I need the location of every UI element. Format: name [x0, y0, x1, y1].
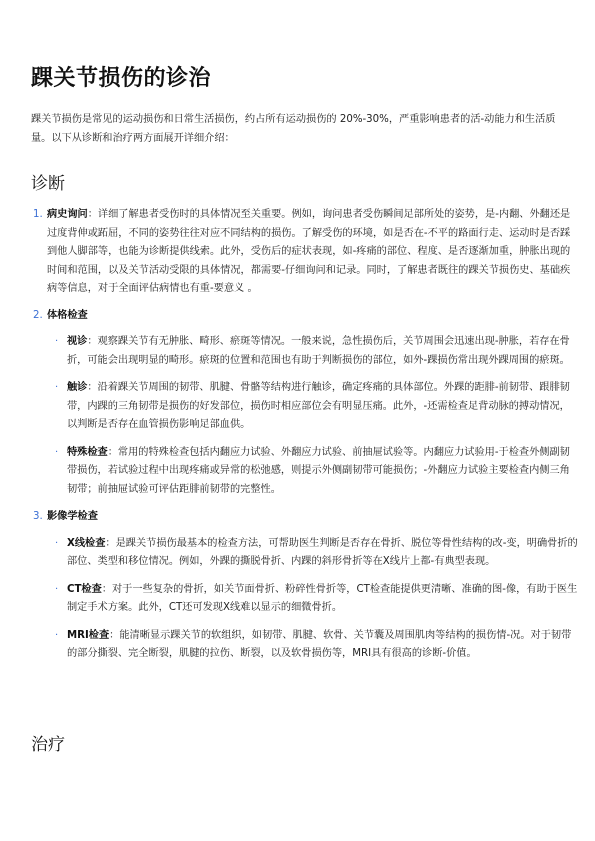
- imaging-bullets: · X线检查：是踝关节损伤最基本的检查方法，可帮助医生判断是否存在骨折、脱位等骨…: [31, 535, 581, 664]
- bullet-item-ct: · CT检查：对于一些复杂的骨折，如关节面骨折、粉碎性骨折等，CT检查能提供更清…: [31, 581, 581, 618]
- list-item-body: ：详细了解患者受伤时的具体情况至关重要。例如，询问患者受伤瞬间足部所处的姿势，是…: [47, 209, 570, 294]
- bullet-icon: ·: [55, 333, 58, 352]
- list-number: 2.: [33, 307, 43, 326]
- bullet-body: ：能清晰显示踝关节的软组织，如韧带、肌腱、软骨、关节囊及周围肌肉等结构的损伤情-…: [67, 630, 571, 660]
- bullet-label: 视诊: [67, 336, 87, 347]
- bullet-label: 特殊检查: [67, 447, 108, 458]
- bullet-text: X线检查：是踝关节损伤最基本的检查方法，可帮助医生判断是否存在骨折、脱位等骨性结…: [67, 535, 579, 572]
- intro-paragraph: 踝关节损伤是常见的运动损伤和日常生活损伤，约占所有运动损伤的 20%-30%，严…: [31, 111, 561, 148]
- bullet-body: ：常用的特殊检查包括内翻应力试验、外翻应力试验、前抽屉试验等。内翻应力试验用-于…: [67, 447, 570, 495]
- document-title: 踝关节损伤的诊治: [31, 64, 211, 94]
- bullet-label: X线检查: [67, 538, 105, 549]
- list-item-physical-exam: 2. 体格检查 · 视诊：观察踝关节有无肿胀、畸形、瘀斑等情况。一般来说，急性损…: [31, 307, 581, 500]
- bullet-text: MRI检查：能清晰显示踝关节的软组织，如韧带、肌腱、软骨、关节囊及周围肌肉等结构…: [67, 627, 579, 664]
- bullet-label: CT检查: [67, 584, 102, 595]
- list-item-title: 体格检查: [47, 310, 88, 321]
- bullet-icon: ·: [55, 535, 58, 554]
- bullet-icon: ·: [55, 627, 58, 646]
- bullet-icon: ·: [55, 581, 58, 600]
- list-item-text: 影像学检查: [47, 508, 579, 527]
- section-heading-treatment: 治疗: [31, 734, 65, 756]
- bullet-icon: ·: [55, 444, 58, 463]
- list-item-imaging: 3. 影像学检查 · X线检查：是踝关节损伤最基本的检查方法，可帮助医生判断是否…: [31, 508, 581, 664]
- bullet-text: 视诊：观察踝关节有无肿胀、畸形、瘀斑等情况。一般来说，急性损伤后，关节周围会迅速…: [67, 333, 579, 370]
- list-item-text: 病史询问：详细了解患者受伤时的具体情况至关重要。例如，询问患者受伤瞬间足部所处的…: [47, 206, 579, 299]
- bullet-text: 特殊检查：常用的特殊检查包括内翻应力试验、外翻应力试验、前抽屉试验等。内翻应力试…: [67, 444, 579, 500]
- physical-exam-bullets: · 视诊：观察踝关节有无肿胀、畸形、瘀斑等情况。一般来说，急性损伤后，关节周围会…: [31, 333, 581, 499]
- list-item-title: 病史询问: [47, 209, 88, 220]
- bullet-body: ：观察踝关节有无肿胀、畸形、瘀斑等情况。一般来说，急性损伤后，关节周围会迅速出现…: [67, 336, 570, 366]
- list-number: 1.: [33, 206, 43, 225]
- bullet-item-palpation: · 触诊：沿着踝关节周围的韧带、肌腱、骨骼等结构进行触诊，确定疼痛的具体部位。外…: [31, 379, 581, 435]
- bullet-item-xray: · X线检查：是踝关节损伤最基本的检查方法，可帮助医生判断是否存在骨折、脱位等骨…: [31, 535, 581, 572]
- bullet-body: ：对于一些复杂的骨折，如关节面骨折、粉碎性骨折等，CT检查能提供更清晰、准确的图…: [67, 584, 577, 614]
- bullet-icon: ·: [55, 379, 58, 398]
- bullet-text: 触诊：沿着踝关节周围的韧带、肌腱、骨骼等结构进行触诊，确定疼痛的具体部位。外踝的…: [67, 379, 579, 435]
- list-item-text: 体格检查: [47, 307, 579, 326]
- bullet-label: 触诊: [67, 382, 87, 393]
- section-heading-diagnosis: 诊断: [31, 173, 65, 195]
- list-number: 3.: [33, 508, 43, 527]
- diagnosis-ordered-list: 1. 病史询问：详细了解患者受伤时的具体情况至关重要。例如，询问患者受伤瞬间足部…: [31, 206, 581, 673]
- bullet-item-special-tests: · 特殊检查：常用的特殊检查包括内翻应力试验、外翻应力试验、前抽屉试验等。内翻应…: [31, 444, 581, 500]
- bullet-label: MRI检查: [67, 630, 109, 641]
- list-item-title: 影像学检查: [47, 511, 98, 522]
- bullet-text: CT检查：对于一些复杂的骨折，如关节面骨折、粉碎性骨折等，CT检查能提供更清晰、…: [67, 581, 579, 618]
- bullet-body: ：沿着踝关节周围的韧带、肌腱、骨骼等结构进行触诊，确定疼痛的具体部位。外踝的距腓…: [67, 382, 570, 430]
- bullet-body: ：是踝关节损伤最基本的检查方法，可帮助医生判断是否存在骨折、脱位等骨性结构的改-…: [67, 538, 578, 568]
- bullet-item-mri: · MRI检查：能清晰显示踝关节的软组织，如韧带、肌腱、软骨、关节囊及周围肌肉等…: [31, 627, 581, 664]
- bullet-item-inspection: · 视诊：观察踝关节有无肿胀、畸形、瘀斑等情况。一般来说，急性损伤后，关节周围会…: [31, 333, 581, 370]
- list-item-history: 1. 病史询问：详细了解患者受伤时的具体情况至关重要。例如，询问患者受伤瞬间足部…: [31, 206, 581, 299]
